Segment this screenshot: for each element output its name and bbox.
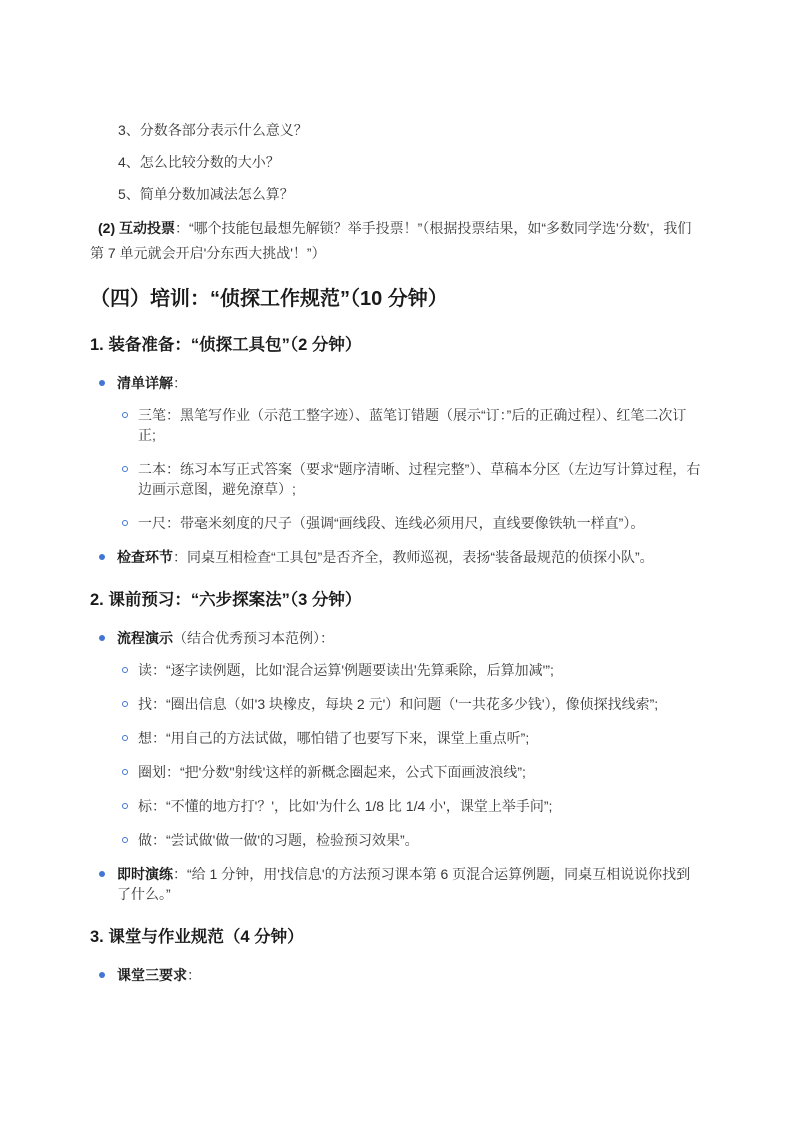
- step-item-circle: 圈划：“把'分数''射线'这样的新概念圈起来，公式下面画波浪线”;: [117, 762, 703, 782]
- drill-line: 即时演练：“给 1 分钟，用'找信息'的方法预习课本第 6 页混合运算例题，同桌…: [117, 866, 690, 902]
- detail-label: 清单详解: [117, 375, 173, 391]
- question-item-5: 5、简单分数加减法怎么算？: [90, 184, 703, 204]
- classwork-list: 课堂三要求：: [90, 965, 703, 985]
- check-label: 检查环节: [117, 549, 173, 565]
- list-item-rules: 课堂三要求：: [90, 965, 703, 985]
- process-text: （结合优秀预习本范例）：: [173, 630, 334, 646]
- step-item-read: 读：“逐字读例题，比如'混合运算'例题要读出'先算乘除，后算加减'”;: [117, 660, 703, 680]
- tool-item-ruler: 一尺：带毫米刻度的尺子（强调“画线段、连线必须用尺，直线要像铁轨一样直”）。: [117, 513, 703, 533]
- drill-text: ：“给 1 分钟，用'找信息'的方法预习课本第 6 页混合运算例题，同桌互相说说…: [117, 866, 690, 902]
- equipment-list: 清单详解： 三笔：黑笔写作业（示范工整字迹）、蓝笔订错题（展示“订：”后的正确过…: [90, 373, 703, 567]
- list-item-check: 检查环节：同桌互相检查“工具包”是否齐全，教师巡视，表扬“装备最规范的侦探小队”…: [90, 547, 703, 567]
- preview-list: 流程演示（结合优秀预习本范例）： 读：“逐字读例题，比如'混合运算'例题要读出'…: [90, 628, 703, 904]
- check-text: ：同桌互相检查“工具包”是否齐全，教师巡视，表扬“装备最规范的侦探小队”。: [173, 549, 654, 565]
- tools-sublist: 三笔：黑笔写作业（示范工整字迹）、蓝笔订错题（展示“订：”后的正确过程）、红笔二…: [117, 405, 703, 533]
- subsection-heading-equipment: 1. 装备准备：“侦探工具包”（2 分钟）: [90, 333, 703, 357]
- document-page: 3、分数各部分表示什么意义？ 4、怎么比较分数的大小？ 5、简单分数加减法怎么算…: [0, 0, 793, 1122]
- tool-item-notebooks: 二本：练习本写正式答案（要求“题序清晰、过程完整”）、草稿本分区（左边写计算过程…: [117, 459, 703, 499]
- step-item-think: 想：“用自己的方法试做，哪怕错了也要写下来，课堂上重点听”;: [117, 728, 703, 748]
- process-label: 流程演示: [117, 630, 173, 646]
- subsection-heading-classwork: 3. 课堂与作业规范（4 分钟）: [90, 925, 703, 949]
- detail-colon: ：: [173, 375, 187, 391]
- tool-item-pens: 三笔：黑笔写作业（示范工整字迹）、蓝笔订错题（展示“订：”后的正确过程）、红笔二…: [117, 405, 703, 445]
- rules-label: 课堂三要求: [117, 967, 187, 983]
- step-item-mark: 标：“不懂的地方打'？'，比如'为什么 1/8 比 1/4 小'，课堂上举手问”…: [117, 796, 703, 816]
- list-item-detail: 清单详解： 三笔：黑笔写作业（示范工整字迹）、蓝笔订错题（展示“订：”后的正确过…: [90, 373, 703, 533]
- drill-label: 即时演练: [117, 866, 173, 882]
- steps-sublist: 读：“逐字读例题，比如'混合运算'例题要读出'先算乘除，后算加减'”; 找：“圈…: [117, 660, 703, 850]
- check-line: 检查环节：同桌互相检查“工具包”是否齐全，教师巡视，表扬“装备最规范的侦探小队”…: [117, 549, 654, 565]
- interactive-vote-paragraph: (2) 互动投票：“哪个技能包最想先解锁？举手投票！”（根据投票结果，如“多数同…: [90, 216, 703, 266]
- vote-text: ：“哪个技能包最想先解锁？举手投票！”（根据投票结果，如“多数同学选'分数'，我…: [90, 220, 691, 261]
- list-item-drill: 即时演练：“给 1 分钟，用'找信息'的方法预习课本第 6 页混合运算例题，同桌…: [90, 864, 703, 904]
- question-item-4: 4、怎么比较分数的大小？: [90, 152, 703, 172]
- section-heading-training: （四）培训：“侦探工作规范”（10 分钟）: [90, 286, 703, 312]
- process-label-line: 流程演示（结合优秀预习本范例）：: [117, 628, 703, 648]
- step-item-do: 做：“尝试做'做一做'的习题，检验预习效果”。: [117, 830, 703, 850]
- subsection-heading-preview: 2. 课前预习：“六步探案法”（3 分钟）: [90, 588, 703, 612]
- vote-label: (2) 互动投票: [98, 220, 175, 236]
- step-item-find: 找：“圈出信息（如'3 块橡皮，每块 2 元'）和问题（'一共花多少钱'），像侦…: [117, 694, 703, 714]
- question-item-3: 3、分数各部分表示什么意义？: [90, 120, 703, 140]
- rules-line: 课堂三要求：: [117, 967, 201, 983]
- rules-colon: ：: [187, 967, 201, 983]
- detail-label-line: 清单详解：: [117, 373, 703, 393]
- list-item-process: 流程演示（结合优秀预习本范例）： 读：“逐字读例题，比如'混合运算'例题要读出'…: [90, 628, 703, 850]
